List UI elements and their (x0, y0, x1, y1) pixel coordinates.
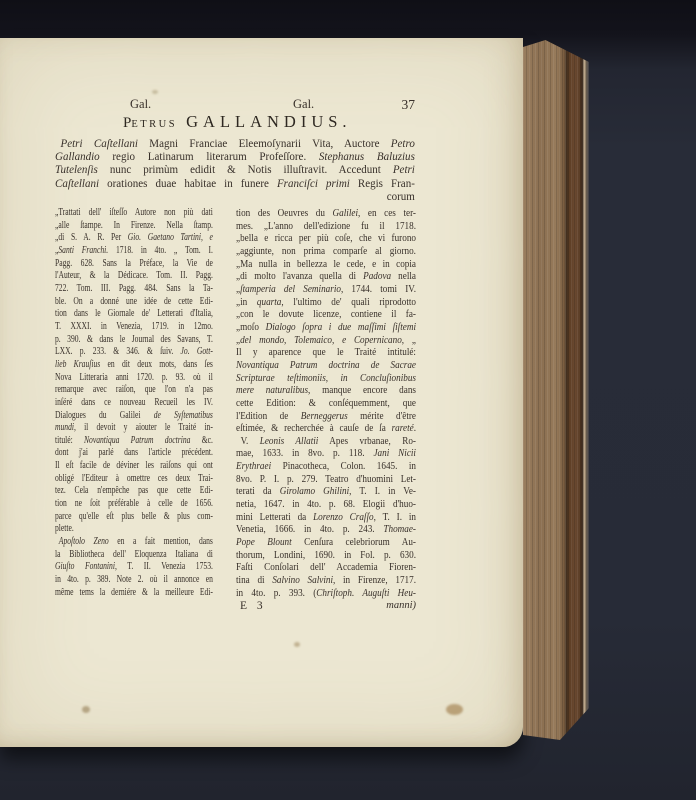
heading-surname: GALLANDIUS. (186, 112, 351, 131)
text-line: ble. On a donné une idée de cette Edi- (55, 296, 213, 309)
text-line: plette. (55, 523, 213, 536)
book-page: Gal. Gal. 37 PETRUSGALLANDIUS. Petri Caſ… (0, 38, 523, 747)
text-line: „con le dovute licenze, contiene il fa- (236, 308, 416, 321)
text-line: 722. Tom. III. Pagg. 484. Sans la Ta- (55, 283, 213, 296)
text-line: Novantiqua Patrum doctrina de Sacrae (236, 359, 416, 372)
photo-background: Gal. Gal. 37 PETRUSGALLANDIUS. Petri Caſ… (0, 0, 696, 800)
text-line: cette Edition: & conſéquemment, que (236, 397, 416, 410)
text-line: Pope Blount Cenſura celebriorum Au- (236, 536, 416, 549)
text-line: LXX. p. 233. & 346. & ſuiv. Jo. Gott- (55, 346, 213, 359)
text-line: titulé: Novantiqua Patrum doctrina &c. (55, 435, 213, 448)
text-line: tion des Oeuvres du Galilei, en ces ter- (236, 207, 416, 220)
text-line: Venetia, 1666. in 4to. p. 243. Thomae- (236, 523, 416, 536)
column-footer: E 3 manni) (236, 600, 416, 612)
text-line: Nova Litteraria anni 1720. p. 93. où il (55, 372, 213, 385)
text-line: Pagg. 628. Sans la Préface, la Vie de (55, 258, 213, 271)
text-line: l'Edition de Berneggerus mérite d'être (236, 410, 416, 423)
text-line: T. XXXI. in Venezia, 1719. in 12mo. (55, 321, 213, 334)
text-line: „Santi Franchi. 1718. in 4to. „ Tom. I. (55, 245, 213, 258)
foxing-stain (446, 704, 463, 715)
text-line: lieb Krauſius en dit deux mots, dans ſes (55, 359, 213, 372)
text-line: mere naturalibus, manque encore dans (236, 384, 416, 397)
text-line: mundi, il devoit y aiouter le Traité in- (55, 422, 213, 435)
text-line: parce qu'elle eſt plus belle & plus com- (55, 511, 213, 524)
foxing-stain (82, 706, 90, 713)
text-line: Apoſtolo Zeno en a fait mention, dans (55, 536, 213, 549)
text-line: mes. „L'anno dell'edizione fu il 1718. (236, 220, 416, 233)
article-heading: PETRUSGALLANDIUS. (123, 112, 352, 132)
text-line: netia, 1647. in 4to. p. 68. Elogii d'huo… (236, 498, 416, 511)
text-line: eſtimée, & recherchée à cauſe de ſa rare… (236, 422, 416, 435)
text-line: tion ne ſoit préférable à celle de 1656. (55, 498, 213, 511)
text-line: terati da Girolamo Ghilini, T. I. in Ve- (236, 485, 416, 498)
catchword: manni) (386, 600, 416, 612)
text-line: 8vo. P. I. p. 279. Teatro d'huomini Let- (236, 473, 416, 486)
running-head-center: Gal. (293, 97, 314, 112)
text-line: mae, 1633. in 8vo. p. 118. Jani Nicii (236, 447, 416, 460)
text-line: „di S. A. R. Per Gio. Gaetano Tartini, e (55, 232, 213, 245)
text-line: in 4to. p. 393. (Chriſtoph. Auguſti Heu- (236, 587, 416, 600)
text-line: Il eſt facile de déviner les raiſons qui… (55, 460, 213, 473)
intro-paragraph-lines: Petri Caſtellani Magni Franciae Eleemoſy… (55, 137, 415, 203)
text-line: dont j'ai parlé dans l'article précédent… (55, 447, 213, 460)
signature-mark: E 3 (236, 600, 263, 612)
text-line: „di molto l'avanza quella di Padova nell… (236, 270, 416, 283)
right-column-lines: tion des Oeuvres du Galilei, en ces ter-… (236, 207, 416, 599)
foxing-stain (152, 90, 158, 94)
running-head-left: Gal. (130, 97, 151, 112)
right-column: tion des Oeuvres du Galilei, en ces ter-… (236, 207, 416, 612)
left-column-lines: „Trattati dell' iſteſſo Autore non più d… (55, 207, 213, 599)
text-line: Scripturae teſtimoniis, in Concluſionibu… (236, 372, 416, 385)
text-line: „in quarta, l'ultimo de' quali riprodott… (236, 296, 416, 309)
text-line: Caſtellani orationes duae habitae in fun… (55, 177, 415, 190)
text-line: Faſti Conſolari dell' Accademia Fioren- (236, 561, 416, 574)
running-head: Gal. Gal. 37 (0, 97, 523, 113)
text-line: tez. Cela n'empêche pas que cette Edi- (55, 485, 213, 498)
text-line: V. Leonis Allatii Apes vrbanae, Ro- (236, 435, 416, 448)
heading-first-name: ETRUS (131, 119, 177, 130)
text-line: Dialogues du Galilei de Syſtematibus (55, 410, 213, 423)
foxing-stain (294, 642, 300, 647)
text-line: l'Auteur, & la Dédicace. Tom. II. Pagg. (55, 270, 213, 283)
text-line: inſéré dans ce nouveau Recueil les IV. (55, 397, 213, 410)
text-line: „ſtamperia del Seminario, 1744. tomi IV. (236, 283, 416, 296)
page-number: 37 (378, 97, 415, 113)
text-line: „aggiunte, non prima comparſe al giorno. (236, 245, 416, 258)
text-line: Tutelenſis nunc primùm edidit & Notis il… (55, 163, 415, 176)
text-line: p. 390. & dans le Journal des Savans, T. (55, 334, 213, 347)
text-line: remarque avec raiſon, que l'on n'a pas (55, 384, 213, 397)
left-column: „Trattati dell' iſteſſo Autore non più d… (55, 207, 213, 599)
text-line: „Trattati dell' iſteſſo Autore non più d… (55, 207, 213, 220)
text-line: la Bibliotheca dell' Eloquenza Italiana … (55, 549, 213, 562)
text-line: corum (55, 190, 415, 203)
text-line: in 4to. p. 389. Note 2. où il annonce en (55, 574, 213, 587)
text-line: „del mondo, Tolemaico, e Copernicano, „ (236, 334, 416, 347)
text-line: mini Letterati da Lorenzo Craſſo, T. I. … (236, 511, 416, 524)
intro-paragraph: Petri Caſtellani Magni Franciae Eleemoſy… (55, 137, 447, 203)
book-fore-edge (523, 40, 589, 744)
text-line: tina di Salvino Salvini, in Firenze, 171… (236, 574, 416, 587)
text-line: „alle ſtampe. In Firenze. Nella ſtamp. (55, 220, 213, 233)
text-line: thorum, Londini, 1690. in Fol. p. 630. (236, 549, 416, 562)
text-line: Il y aparence que le Traité intitulé: (236, 346, 416, 359)
text-line: Erythraei Pinacotheca, Colon. 1645. in (236, 460, 416, 473)
text-line: „Ma nulla in bellezza le cede, e in copi… (236, 258, 416, 271)
text-line: même tems la derniére & la meilleure Edi… (55, 587, 213, 600)
text-line: „bella e ricca per più coſe, che vi furo… (236, 232, 416, 245)
text-line: „moſo Dialogo ſopra i due maſſimi ſiſtem… (236, 321, 416, 334)
text-line: tion dans le Giornale de' Letterati d'It… (55, 308, 213, 321)
text-line: Giuſto Fontanini, T. II. Venezia 1753. (55, 561, 213, 574)
text-line: obligé l'Editeur à omettre ces deux Trai… (55, 473, 213, 486)
